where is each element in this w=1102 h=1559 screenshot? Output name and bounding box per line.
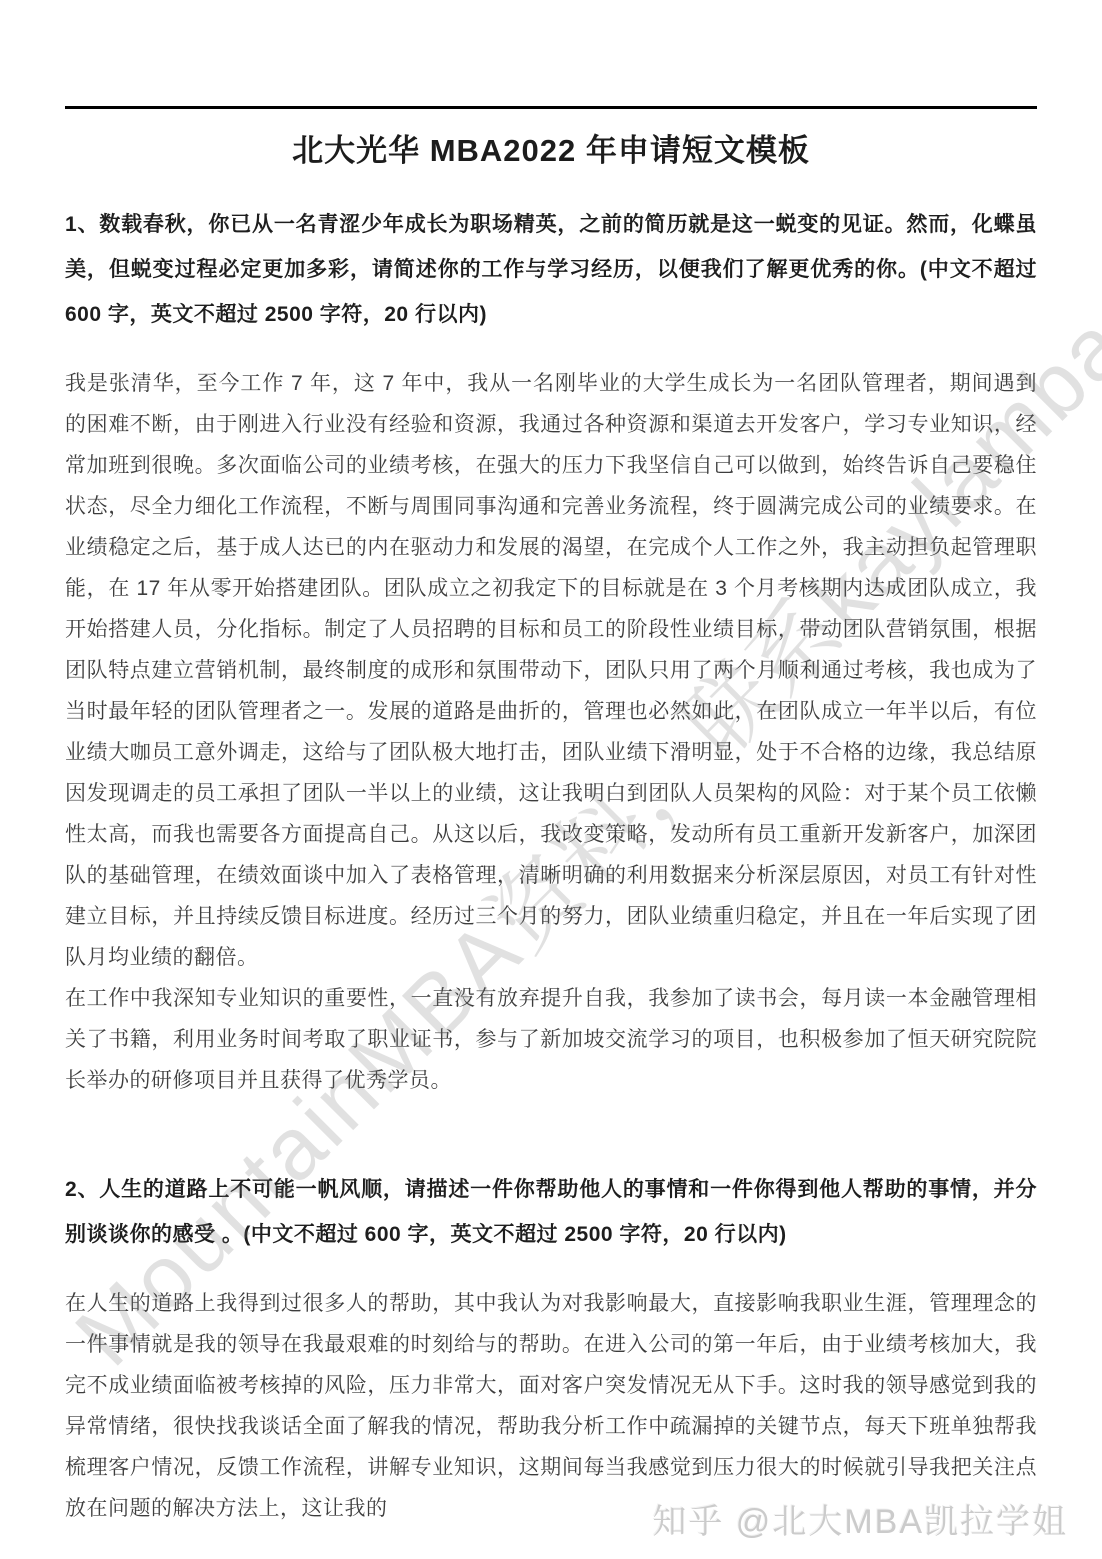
header-rule	[65, 106, 1037, 109]
document-content: 北大光华 MBA2022 年申请短文模板 1、数载春秋，你已从一名青涩少年成长为…	[65, 0, 1037, 1529]
question-2: 2、人生的道路上不可能一帆风顺，请描述一件你帮助他人的事情和一件你得到他人帮助的…	[65, 1167, 1037, 1257]
answer-1-paragraph-2: 在工作中我深知专业知识的重要性，一直没有放弃提升自我，我参加了读书会，每月读一本…	[65, 978, 1037, 1101]
question-1: 1、数载春秋，你已从一名青涩少年成长为职场精英，之前的简历就是这一蜕变的见证。然…	[65, 202, 1037, 337]
zhihu-watermark: 知乎 @北大MBA凯拉学姐	[652, 1494, 1068, 1543]
document-page: MountainMBA资料，联系kaylamba 北大光华 MBA2022 年申…	[0, 0, 1102, 1559]
page-title: 北大光华 MBA2022 年申请短文模板	[65, 125, 1037, 170]
answer-1-paragraph-1: 我是张清华，至今工作 7 年，这 7 年中，我从一名刚毕业的大学生成长为一名团队…	[65, 363, 1037, 978]
answer-2-paragraph-1: 在人生的道路上我得到过很多人的帮助，其中我认为对我影响最大，直接影响我职业生涯，…	[65, 1283, 1037, 1529]
